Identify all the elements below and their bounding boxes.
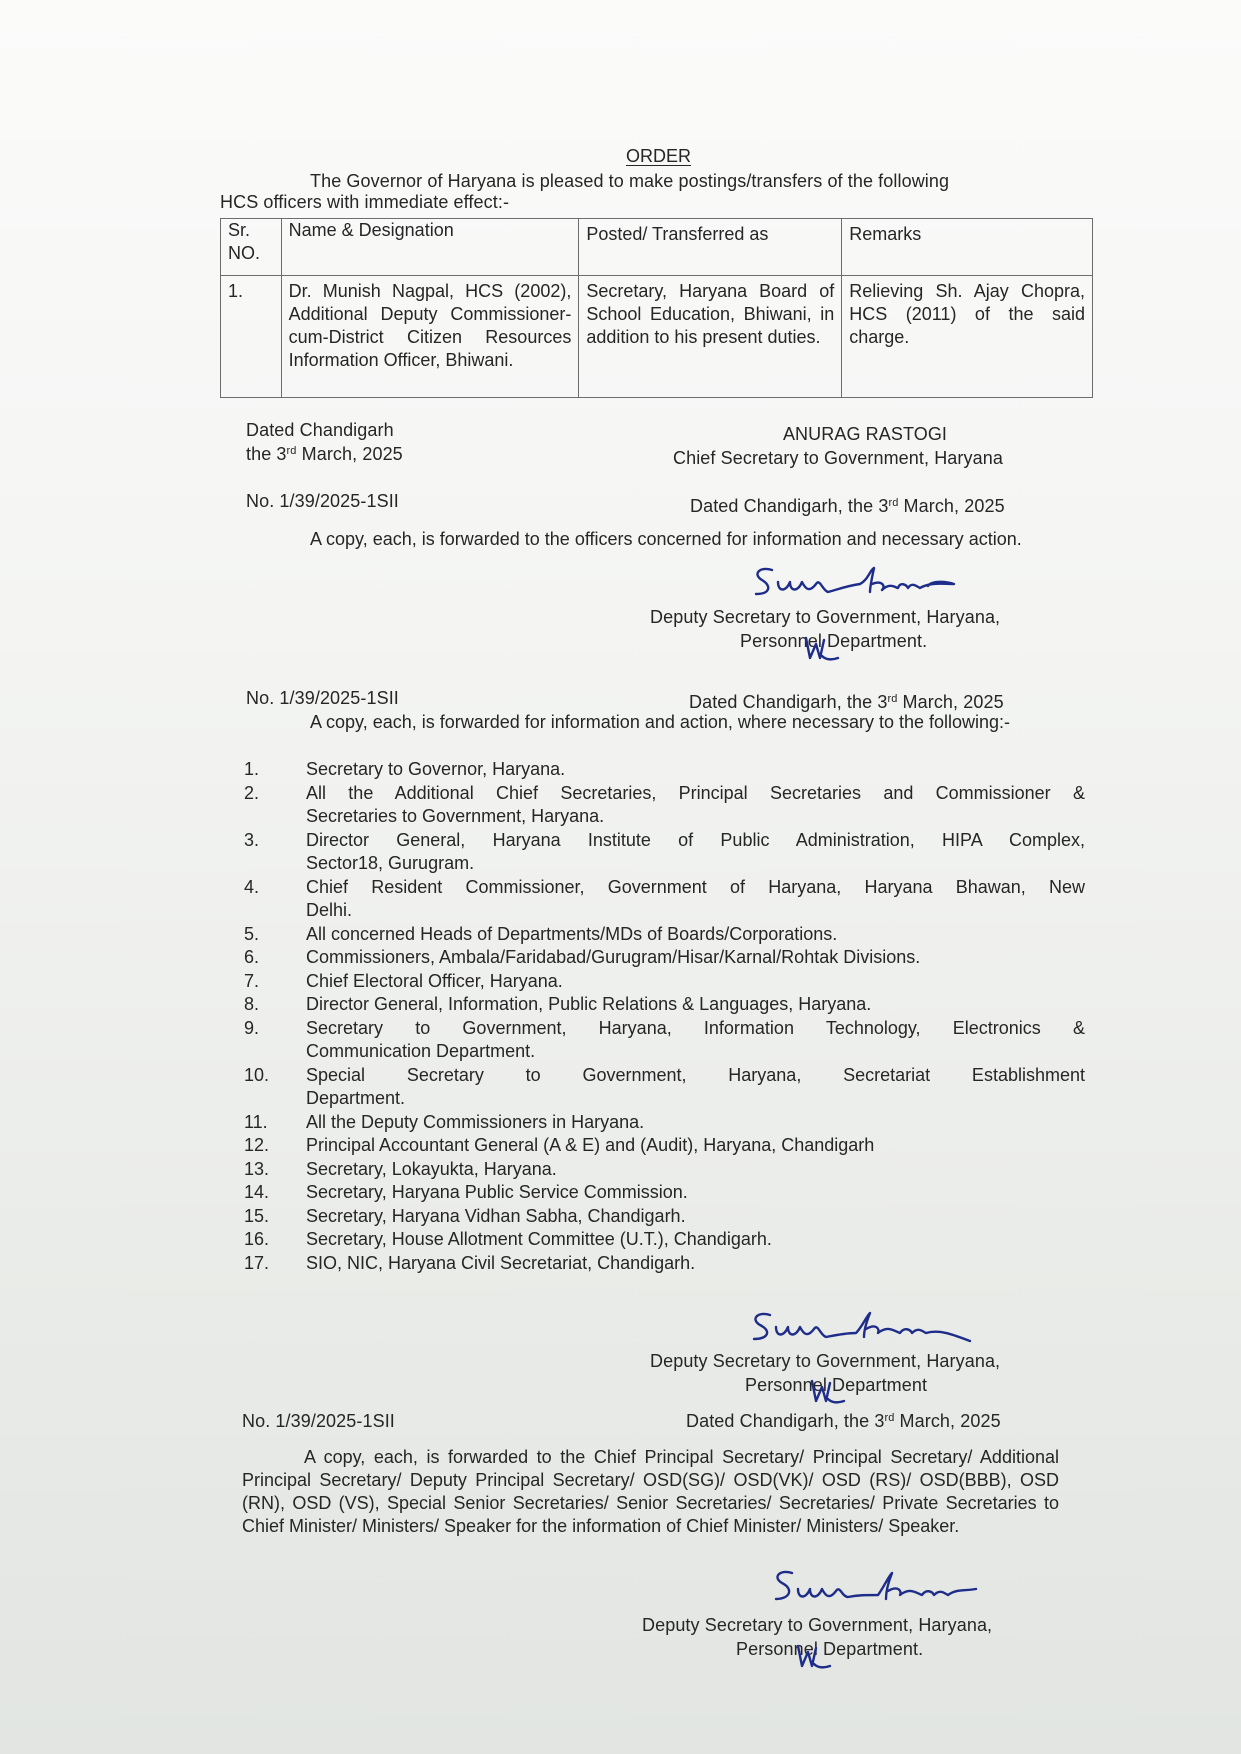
list-item-text: Special Secretary to Government, Haryana…	[306, 1064, 1085, 1087]
cell-posted-as: Secretary, Haryana Board of School Educa…	[579, 276, 842, 398]
order-intro-line2: HCS officers with immediate effect:-	[220, 192, 509, 213]
list-item-number: 6.	[244, 946, 284, 969]
col-header-sr-no: Sr. NO.	[221, 219, 282, 276]
endorsement2-memo-no: No. 1/39/2025-1SII	[246, 688, 399, 709]
list-item-number: 13.	[244, 1158, 284, 1181]
signature-icon	[770, 1565, 1050, 1610]
signature-icon	[750, 1305, 1030, 1350]
list-item-number: 8.	[244, 993, 284, 1016]
list-item-text: Secretary, House Allotment Committee (U.…	[306, 1228, 1106, 1251]
initials-icon	[800, 632, 840, 666]
cell-sr-no: 1.	[221, 276, 282, 398]
list-item-number: 3.	[244, 829, 284, 852]
date-text-suffix: March, 2025	[297, 444, 403, 464]
date-text-suffix: March, 2025	[894, 1411, 1000, 1431]
order-document: ORDER The Governor of Haryana is pleased…	[0, 0, 1241, 1754]
date-ordinal: rd	[887, 693, 897, 705]
table-row: 1. Dr. Munish Nagpal, HCS (2002), Additi…	[221, 276, 1093, 398]
endorsement1-memo-no: No. 1/39/2025-1SII	[246, 491, 399, 512]
list-item-text: Sector18, Gurugram.	[306, 852, 1106, 875]
list-item-number: 12.	[244, 1134, 284, 1157]
list-item-text: Commissioners, Ambala/Faridabad/Gurugram…	[306, 946, 1106, 969]
date-text: Dated Chandigarh, the 3	[690, 496, 888, 516]
list-item-number: 16.	[244, 1228, 284, 1251]
order-intro-line1: The Governor of Haryana is pleased to ma…	[310, 171, 949, 192]
endorsement2-date: Dated Chandigarh, the 3rd March, 2025	[689, 692, 1004, 713]
endorsement2-body: A copy, each, is forwarded for informati…	[246, 711, 1063, 734]
endorsement3-memo-no: No. 1/39/2025-1SII	[242, 1411, 395, 1432]
date-ordinal: rd	[884, 1412, 894, 1424]
endorsement1-body: A copy, each, is forwarded to the office…	[246, 528, 1063, 551]
endorsement1-designation-line1: Deputy Secretary to Government, Haryana,	[650, 607, 1000, 628]
initials-icon	[806, 1375, 846, 1409]
list-item-number: 1.	[244, 758, 284, 781]
list-item-text: Chief Electoral Officer, Haryana.	[306, 970, 1106, 993]
list-item-text: Secretary to Government, Haryana, Inform…	[306, 1017, 1085, 1040]
list-item-number: 7.	[244, 970, 284, 993]
signature-icon	[750, 560, 1020, 605]
list-item-text: Delhi.	[306, 899, 1106, 922]
chief-secretary-designation: Chief Secretary to Government, Haryana	[673, 448, 1003, 469]
endorsement3-body: A copy, each, is forwarded to the Chief …	[242, 1446, 1059, 1538]
cell-name-designation: Dr. Munish Nagpal, HCS (2002), Additiona…	[281, 276, 579, 398]
date-ordinal: rd	[888, 497, 898, 509]
list-item-text: Secretary, Haryana Vidhan Sabha, Chandig…	[306, 1205, 1106, 1228]
chief-secretary-name: ANURAG RASTOGI	[673, 424, 1057, 445]
list-item-text: SIO, NIC, Haryana Civil Secretariat, Cha…	[306, 1252, 1106, 1275]
list-item-number: 14.	[244, 1181, 284, 1204]
endorsement3-date: Dated Chandigarh, the 3rd March, 2025	[686, 1411, 1001, 1432]
col-header-name-designation: Name & Designation	[281, 219, 579, 276]
initials-icon	[792, 1640, 832, 1674]
list-item-text: Principal Accountant General (A & E) and…	[306, 1134, 1106, 1157]
list-item-text: Secretary to Governor, Haryana.	[306, 758, 1106, 781]
list-item-text: Communication Department.	[306, 1040, 1106, 1063]
postings-table: Sr. NO. Name & Designation Posted/ Trans…	[220, 218, 1093, 398]
order-dated-date: the 3rd March, 2025	[246, 444, 403, 465]
list-item-text: All the Additional Chief Secretaries, Pr…	[306, 782, 1085, 805]
list-item-number: 10.	[244, 1064, 284, 1087]
order-dated-place: Dated Chandigarh	[246, 420, 394, 441]
list-item-number: 2.	[244, 782, 284, 805]
date-text: the 3	[246, 444, 287, 464]
list-item-text: Department.	[306, 1087, 1106, 1110]
list-item-number: 4.	[244, 876, 284, 899]
list-item-number: 9.	[244, 1017, 284, 1040]
order-title: ORDER	[626, 146, 691, 167]
endorsement1-date: Dated Chandigarh, the 3rd March, 2025	[690, 496, 1005, 517]
col-header-remarks: Remarks	[842, 219, 1093, 276]
list-item-number: 15.	[244, 1205, 284, 1228]
list-item-number: 17.	[244, 1252, 284, 1275]
list-item-text: Director General, Haryana Institute of P…	[306, 829, 1085, 852]
table-header-row: Sr. NO. Name & Designation Posted/ Trans…	[221, 219, 1093, 276]
cell-remarks: Relieving Sh. Ajay Chopra, HCS (2011) of…	[842, 276, 1093, 398]
list-item-text: All concerned Heads of Departments/MDs o…	[306, 923, 1106, 946]
date-text-suffix: March, 2025	[898, 496, 1004, 516]
list-item-number: 11.	[244, 1111, 284, 1134]
col-header-posted-as: Posted/ Transferred as	[579, 219, 842, 276]
date-text: Dated Chandigarh, the 3	[689, 692, 887, 712]
date-text-suffix: March, 2025	[897, 692, 1003, 712]
endorsement3-designation-line1: Deputy Secretary to Government, Haryana,	[642, 1615, 992, 1636]
list-item-number: 5.	[244, 923, 284, 946]
endorsement2-designation-line1: Deputy Secretary to Government, Haryana,	[650, 1351, 1000, 1372]
list-item-text: Secretary, Lokayukta, Haryana.	[306, 1158, 1106, 1181]
list-item-text: Director General, Information, Public Re…	[306, 993, 1106, 1016]
list-item-text: Chief Resident Commissioner, Government …	[306, 876, 1085, 899]
date-ordinal: rd	[287, 445, 297, 457]
date-text: Dated Chandigarh, the 3	[686, 1411, 884, 1431]
list-item-text: All the Deputy Commissioners in Haryana.	[306, 1111, 1106, 1134]
list-item-text: Secretaries to Government, Haryana.	[306, 805, 1106, 828]
list-item-text: Secretary, Haryana Public Service Commis…	[306, 1181, 1106, 1204]
